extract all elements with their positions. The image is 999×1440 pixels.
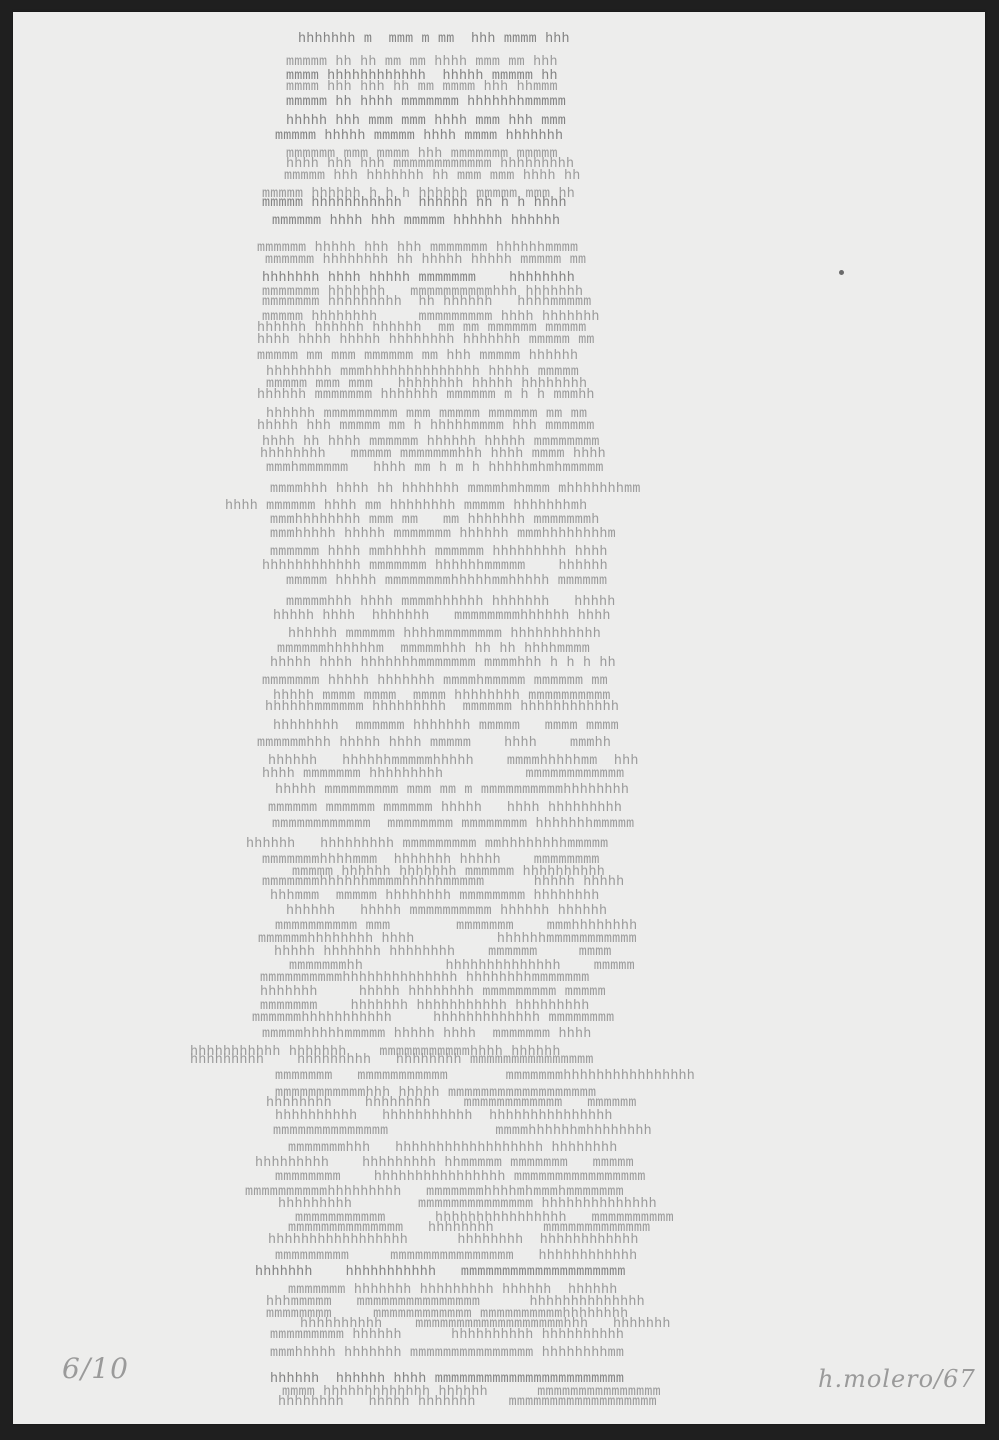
typed-line: hhhhhhhhhhhh mmmmmmm hhhhhhmmmmm hhhhhh bbox=[262, 560, 608, 574]
typed-line: mmmmmhhhhhmmmmm hhhhh hhhh mmmmmmm hhhh bbox=[262, 1028, 591, 1042]
typed-line: hhhh hhhh hhhhh hhhhhhhh hhhhhhh mmmmm m… bbox=[257, 334, 595, 348]
typed-line: hhhhhhhh mmmmm mmmmmmmhhh hhhh mmmm hhhh bbox=[260, 448, 606, 462]
typed-line: mmmmmmmmmmhhhhhhhhhhhhhh hhhhhhhhmmmmmmm bbox=[260, 972, 589, 986]
typed-line: hhhhhhh m mmm m mm hhh mmmm hhh bbox=[298, 33, 570, 47]
typed-line: mmmmmm hhhh mmhhhhh mmmmmm hhhhhhhhh hhh… bbox=[270, 546, 608, 560]
typed-line: mmmmm mm mmm mmmmmm mm hhh mmmmm hhhhhh bbox=[257, 350, 578, 364]
typed-line: mmmm hhh hhh hh mm mmmm hhh hhmmm bbox=[286, 81, 558, 95]
typed-line: hhhhhhhh hhhhh hhhhhhh mmmmmmmmmmmmmmmmm… bbox=[278, 1396, 657, 1410]
ink-dot bbox=[839, 270, 844, 275]
typed-line: hhhhh hhhhhhh hhhhhhhh mmmmmm mmmm bbox=[274, 946, 612, 960]
typed-line: mmmmmmm hhhhh hhhhhhh mmmmhmmmmm mmmmmm … bbox=[262, 675, 608, 689]
typed-line: mmmmmmmm hhhhhhhhhhhhhhhh mmmmmmmmmmmmmm… bbox=[275, 1171, 646, 1185]
typed-line: hhhhhh mmmmmmm hhhhhhh mmmmmm m h h mmmh… bbox=[257, 389, 595, 403]
typed-line: mmmmmmmmm mmmmmmmmmmmmmmm hhhhhhhhhhhh bbox=[275, 1250, 637, 1264]
typed-line: mmmmmmhhhhhhhhhhh hhhhhhhhhhhhh mmmmmmmm bbox=[252, 1012, 614, 1026]
typed-line: mmmmmmmmmmmm mmmmmmmm mmmmmmmm hhhhhhhmm… bbox=[272, 818, 634, 832]
typed-line: mmmmm hhhhh mmmmmmmmhhhhhmmhhhhh mmmmmm bbox=[286, 575, 607, 589]
typed-line: mmmmmmhhh hhhhh hhhh mmmmm hhhh mmmhh bbox=[257, 737, 611, 751]
typed-line: hhhh mmmmmmm hhhhhhhhh mmmmmmmmmmmm bbox=[262, 768, 624, 782]
typed-line: mmmmmmm hhhhhhhhh hh hhhhhh hhhhmmmmm bbox=[262, 296, 591, 310]
typed-line: hhhhhhh hhhhhhhhhhh mmmmmmmmmmmmmmmmmmmm bbox=[255, 1266, 626, 1280]
typed-line: hhhhhhh hhhhh hhhhhhhh mmmmmmmmm mmmmm bbox=[260, 986, 606, 1000]
typed-line: mmmmmmmmm hhhhhh hhhhhhhhhh hhhhhhhhhh bbox=[270, 1329, 624, 1343]
typed-line: mmmmmmmhhh hhhhhhhhhhhhhhhhhh hhhhhhhh bbox=[288, 1142, 617, 1156]
typed-line: hhhhh mmmmmmmmm mmm mm m mmmmmmmmmmhhhhh… bbox=[275, 784, 629, 798]
typed-line: mmmmmmmhhhhhhmmmmhhhhhmmmmm hhhhh hhhhh bbox=[262, 876, 624, 890]
typed-line: hhhhh hhh mmm mmm hhhh mmm hhh mmm bbox=[286, 115, 566, 129]
typed-line: mmmhhhhh hhhhh mmmmmmm hhhhhh mmmhhhhhhh… bbox=[270, 528, 616, 542]
typed-line: hhhhhhhhhh hhhhhhhhhhh hhhhhhhhhhhhhhh bbox=[275, 1110, 613, 1124]
typed-line: hhhhhh mmmmmm hhhhmmmmmmmm hhhhhhhhhhh bbox=[288, 628, 601, 642]
typed-line: hhhhhhhhh mmmmmmmmmmmmmm hhhhhhhhhhhhhh bbox=[278, 1198, 657, 1212]
typed-line: mmmmm hhh hhhhhhh hh mmm mmm hhhh hh bbox=[284, 170, 581, 184]
typed-line: mmmmmmhhhhhhm mmmmmhhh hh hh hhhhmmmm bbox=[277, 643, 590, 657]
typed-line: hhhhhhh hhhh hhhhh mmmmmmm hhhhhhhh bbox=[262, 272, 575, 286]
typed-line: mmmhmmmmmm hhhh mm h m h hhhhhmhmhmmmmm bbox=[266, 462, 604, 476]
typed-line: hhhhh hhhh hhhhhhhmmmmmmm mmmmhhh h h h … bbox=[270, 657, 616, 671]
typed-line: mmmhhhhh hhhhhhh mmmmmmmmmmmmmmm hhhhhhh… bbox=[270, 1347, 624, 1361]
typed-line: mmmmmhhh hhhh mmmmhhhhhh hhhhhhh hhhhh bbox=[286, 596, 615, 610]
typed-line: mmmmm hh hh mm mm hhhh mmm mm hhh bbox=[286, 56, 558, 70]
typed-line: hhhmmm mmmmm hhhhhhhh mmmmmmmm hhhhhhhh bbox=[270, 890, 599, 904]
edition-number: 6/10 bbox=[62, 1352, 129, 1385]
typed-line: mmmmm hh hhhh mmmmmmm hhhhhhhmmmmm bbox=[286, 96, 566, 110]
typed-line: mmmmmmm mmmmmmmmmmm mmmmmmmhhhhhhhhhhhhh… bbox=[275, 1070, 695, 1084]
typed-line: mmmmmmmmmmmmmm mmmmhhhhhhmhhhhhhhh bbox=[273, 1125, 652, 1139]
typed-line: mmmmm hhhhhhhhhhh hhhhhh hh h h hhhh bbox=[262, 197, 567, 211]
artist-signature: h.molero/67 bbox=[818, 1365, 976, 1393]
typed-line: hhhhhh hhhhh mmmmmmmmmm hhhhhh hhhhhh bbox=[286, 905, 607, 919]
typed-line: hhhhh hhhh hhhhhhh mmmmmmmmhhhhhh hhhh bbox=[273, 610, 611, 624]
typed-text-block: hhhhhhh m mmm m mm hhh mmmm hhhmmmmm hh … bbox=[0, 0, 999, 1440]
typed-line: hhhhhhhhh hhhhhhhhh hhmmmmm mmmmmmm mmmm… bbox=[255, 1157, 634, 1171]
typed-line: hhhhhh hhhhhhhhh mmmmmmmmm mmhhhhhhhhmmm… bbox=[246, 838, 608, 852]
typed-line: hhhh mmmmmm hhhh mm hhhhhhhh mmmmm hhhhh… bbox=[225, 500, 587, 514]
typed-line: mmmmhhh hhhh hh hhhhhhh mmmmhmhmmm mhhhh… bbox=[270, 483, 641, 497]
typed-line: hhhhh hhh mmmmm mm h hhhhhmmmm hhh mmmmm… bbox=[257, 420, 595, 434]
typed-line: mmmmm hhhhh mmmmm hhhh mmmm hhhhhhh bbox=[275, 130, 563, 144]
typed-line: mmmmmm hhhh hhh mmmmm hhhhhh hhhhhh bbox=[272, 215, 560, 229]
typed-line: hhhhhhhh mmmmmm hhhhhhh mmmmm mmmm mmmm bbox=[273, 720, 619, 734]
typed-line: mmmmmm mmmmmm mmmmmm hhhhh hhhh hhhhhhhh… bbox=[268, 802, 622, 816]
typed-line: mmmhhhhhhhh mmm mm mm hhhhhhh mmmmmmmh bbox=[270, 514, 599, 528]
typed-line: mmmmmm hhhhhhhh hh hhhhh hhhhh mmmmm mm bbox=[265, 254, 586, 268]
typed-line: hhhhhhhhh hhhhhhhhh hhhhhhhh mmmmmmmmmmm… bbox=[190, 1054, 594, 1068]
typed-line: hhhhhhhhhhhhhhhhh hhhhhhhh hhhhhhhhhhhh bbox=[268, 1234, 639, 1248]
typed-line: hhhhhhmmmmmm hhhhhhhhh mmmmmm hhhhhhhhhh… bbox=[265, 701, 619, 715]
